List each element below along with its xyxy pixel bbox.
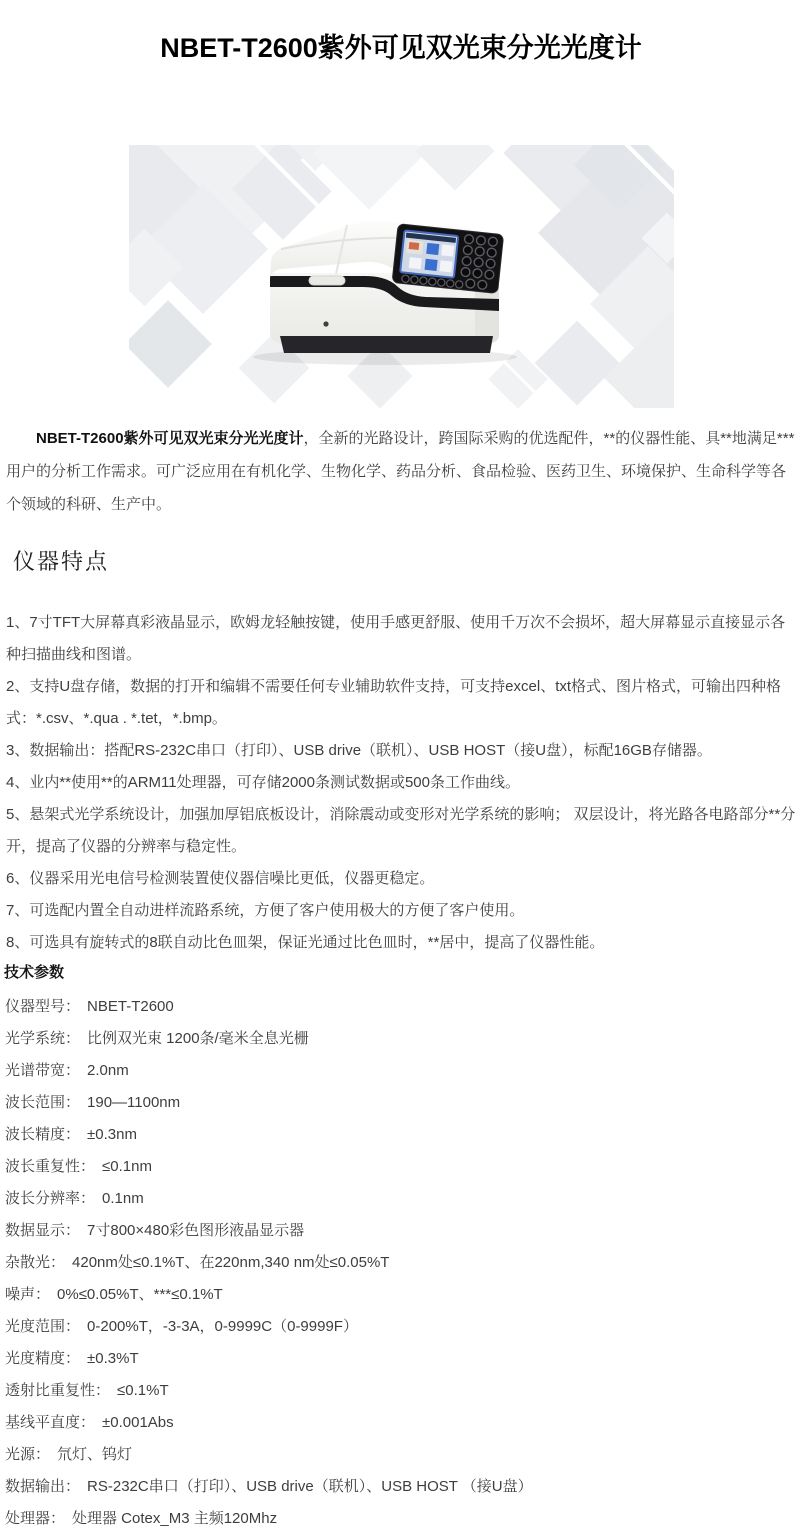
spec-row-optical-system: 光学系统：比例双光束 1200条/毫米全息光栅 xyxy=(5,1023,802,1055)
spec-row-wavelength-resolution: 波长分辨率：0.1nm xyxy=(5,1183,802,1215)
specs-list: 仪器型号：NBET-T2600 光学系统：比例双光束 1200条/毫米全息光栅 … xyxy=(0,991,802,1535)
spectrophotometer-illustration xyxy=(129,145,674,408)
spec-value: 比例双光束 1200条/毫米全息光栅 xyxy=(87,1030,309,1047)
spec-label: 波长精度： xyxy=(5,1126,80,1143)
feature-item-7: 7、可选配内置全自动进样流路系统，方便了客户使用极大的方便了客户使用。 xyxy=(6,895,796,927)
feature-item-1: 1、7寸TFT大屏幕真彩液晶显示，欧姆龙轻触按键，使用手感更舒服、使用千万次不会… xyxy=(6,607,796,671)
spec-label: 光度精度： xyxy=(5,1350,80,1367)
product-page: NBET-T2600紫外可见双光束分光光度计 xyxy=(0,0,802,1535)
intro-lead: NBET-T2600紫外可见双光束分光光度计 xyxy=(36,430,304,447)
spec-label: 基线平直度： xyxy=(5,1414,95,1431)
spec-row-bandwidth: 光谱带宽：2.0nm xyxy=(5,1055,802,1087)
spec-value: NBET-T2600 xyxy=(87,998,174,1015)
spec-value: ±0.3nm xyxy=(87,1126,137,1143)
page-title: NBET-T2600紫外可见双光束分光光度计 xyxy=(0,30,802,66)
spec-row-light-source: 光源：氘灯、钨灯 xyxy=(5,1439,802,1471)
spec-value: ≤0.1%T xyxy=(117,1382,169,1399)
spec-label: 光谱带宽： xyxy=(5,1062,80,1079)
spec-label: 仪器型号： xyxy=(5,998,80,1015)
spec-row-transmittance-repeatability: 透射比重复性：≤0.1%T xyxy=(5,1375,802,1407)
spec-row-wavelength-repeatability: 波长重复性：≤0.1nm xyxy=(5,1151,802,1183)
spec-row-photometric-accuracy: 光度精度：±0.3%T xyxy=(5,1343,802,1375)
spec-row-baseline-flatness: 基线平直度：±0.001Abs xyxy=(5,1407,802,1439)
spec-label: 波长重复性： xyxy=(5,1158,95,1175)
spec-row-wavelength-range: 波长范围：190—1100nm xyxy=(5,1087,802,1119)
spec-value: 处理器 Cotex_M3 主频120Mhz xyxy=(72,1510,277,1527)
spec-label: 数据输出： xyxy=(5,1478,80,1495)
spec-row-display: 数据显示：7寸800×480彩色图形液晶显示器 xyxy=(5,1215,802,1247)
spec-row-wavelength-accuracy: 波长精度：±0.3nm xyxy=(5,1119,802,1151)
spec-value: 420nm处≤0.1%T、在220nm,340 nm处≤0.05%T xyxy=(72,1254,389,1271)
spec-value: 0%≤0.05%T、***≤0.1%T xyxy=(57,1286,223,1303)
spec-label: 波长分辨率： xyxy=(5,1190,95,1207)
spec-row-model: 仪器型号：NBET-T2600 xyxy=(5,991,802,1023)
spec-label: 处理器： xyxy=(5,1510,65,1527)
feature-item-5: 5、悬架式光学系统设计，加强加厚铝底板设计，消除震动或变形对光学系统的影响； 双… xyxy=(6,799,796,863)
spec-row-processor: 处理器：处理器 Cotex_M3 主频120Mhz xyxy=(5,1503,802,1535)
spec-value: ≤0.1nm xyxy=(102,1158,152,1175)
spec-value: 0-200%T，-3-3A，0-9999C（0-9999F） xyxy=(87,1318,358,1335)
spec-label: 透射比重复性： xyxy=(5,1382,110,1399)
spec-value: ±0.3%T xyxy=(87,1350,139,1367)
spec-value: RS-232C串口（打印）、USB drive（联机）、USB HOST （接U… xyxy=(87,1478,533,1495)
spec-value: 0.1nm xyxy=(102,1190,144,1207)
feature-item-6: 6、仪器采用光电信号检测装置使仪器信噪比更低，仪器更稳定。 xyxy=(6,863,796,895)
spec-label: 光度范围： xyxy=(5,1318,80,1335)
spec-label: 光学系统： xyxy=(5,1030,80,1047)
spec-row-stray-light: 杂散光：420nm处≤0.1%T、在220nm,340 nm处≤0.05%T xyxy=(5,1247,802,1279)
spec-value: 氘灯、钨灯 xyxy=(57,1446,132,1463)
feature-item-3: 3、数据输出：搭配RS-232C串口（打印）、USB drive（联机）、USB… xyxy=(6,735,796,767)
intro-paragraph: NBET-T2600紫外可见双光束分光光度计，全新的光路设计，跨国际采购的优选配… xyxy=(6,422,797,521)
specs-heading: 技术参数 xyxy=(4,959,802,987)
feature-item-2: 2、支持U盘存储，数据的打开和编辑不需要任何专业辅助软件支持，可支持excel、… xyxy=(6,671,796,735)
spec-label: 数据显示： xyxy=(5,1222,80,1239)
features-list: 1、7寸TFT大屏幕真彩液晶显示，欧姆龙轻触按键，使用手感更舒服、使用千万次不会… xyxy=(0,607,802,959)
spec-row-data-output: 数据输出：RS-232C串口（打印）、USB drive（联机）、USB HOS… xyxy=(5,1471,802,1503)
feature-item-8: 8、可选具有旋转式的8联自动比色皿架，保证光通过比色皿时，**居中，提高了仪器性… xyxy=(6,927,796,959)
spec-row-photometric-range: 光度范围：0-200%T，-3-3A，0-9999C（0-9999F） xyxy=(5,1311,802,1343)
spec-value: ±0.001Abs xyxy=(102,1414,174,1431)
spec-label: 光源： xyxy=(5,1446,50,1463)
product-photo xyxy=(129,145,674,408)
features-heading: 仪器特点 xyxy=(13,547,802,577)
spec-label: 波长范围： xyxy=(5,1094,80,1111)
feature-item-4: 4、业内**使用**的ARM11处理器，可存储2000条测试数据或500条工作曲… xyxy=(6,767,796,799)
spec-value: 7寸800×480彩色图形液晶显示器 xyxy=(87,1222,304,1239)
spec-value: 190—1100nm xyxy=(87,1094,180,1111)
spec-label: 噪声： xyxy=(5,1286,50,1303)
spec-value: 2.0nm xyxy=(87,1062,129,1079)
spec-row-noise: 噪声：0%≤0.05%T、***≤0.1%T xyxy=(5,1279,802,1311)
spec-label: 杂散光： xyxy=(5,1254,65,1271)
